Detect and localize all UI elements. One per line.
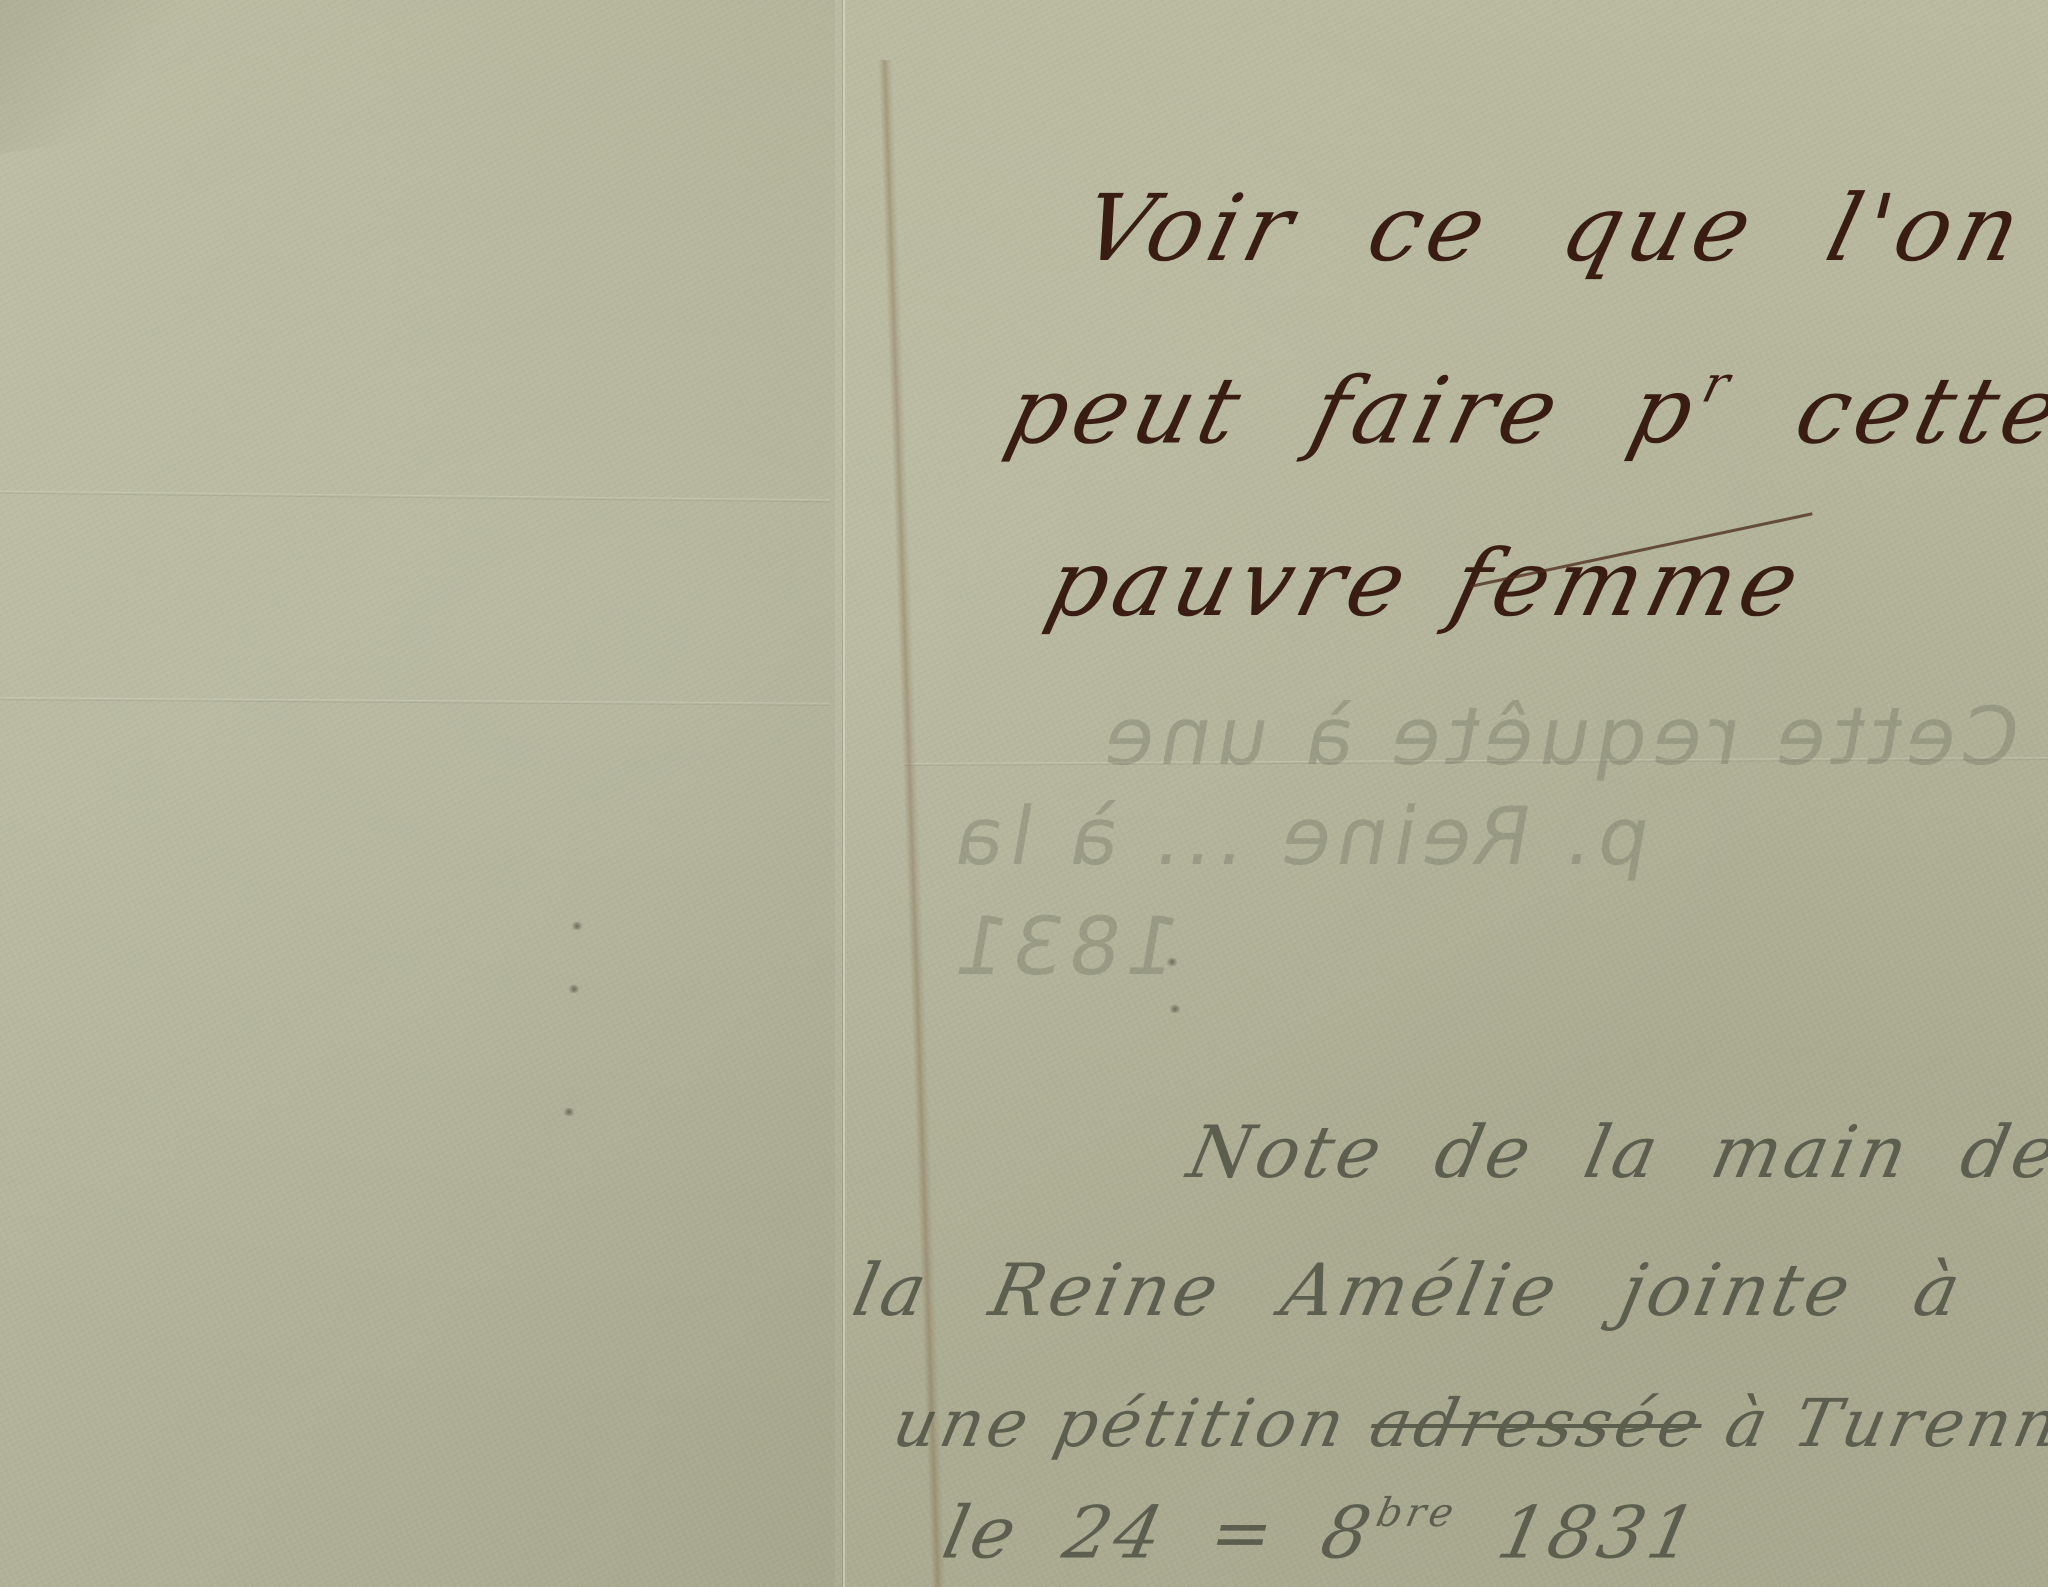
- pencil-date: le 24 = 8bre 1831: [936, 1490, 1708, 1575]
- ink-abbrev-pour: pr: [1619, 357, 1741, 464]
- pencil-text: à Turenne: [1719, 1385, 2048, 1462]
- pin-hole-mark: [1168, 1005, 1182, 1013]
- bleed-through-text: Cette requête à une: [1092, 690, 2027, 783]
- pencil-annotation-line-3: une pétition adressée à Turenne: [887, 1385, 2048, 1462]
- left-page-blank: [0, 0, 835, 1587]
- paper-sheet: Cette requête à une p. Reine ... à la 18…: [0, 0, 2048, 1587]
- ink-word: peut faire: [996, 357, 1574, 464]
- ink-note-line-3: pauvre femme: [1037, 530, 1816, 637]
- ink-note-line-1: Voir ce que l'on: [1072, 175, 2037, 282]
- vertical-center-crease: [843, 0, 845, 1587]
- bleed-through-text: p. Reine ... à la: [942, 790, 1658, 883]
- pencil-text: une pétition: [887, 1385, 1355, 1462]
- pin-hole-mark: [567, 985, 581, 993]
- pencil-annotation-line-1: Note de la main de: [1181, 1110, 2048, 1194]
- pencil-annotation-line-2: la Reine Amélie jointe à: [846, 1248, 1971, 1332]
- ink-note-line-2: peut faire pr cette: [996, 355, 2048, 464]
- date-year: 1831: [1491, 1491, 1708, 1575]
- ink-word: cette: [1786, 357, 2048, 464]
- pin-hole-mark: [562, 1108, 576, 1116]
- date-month-superscript: bre: [1372, 1490, 1461, 1536]
- struck-word: adressée: [1364, 1385, 1710, 1462]
- pin-hole-mark: [570, 922, 584, 930]
- date-day: le 24 = 8: [936, 1491, 1382, 1575]
- bleed-through-text: 1831: [942, 900, 1186, 993]
